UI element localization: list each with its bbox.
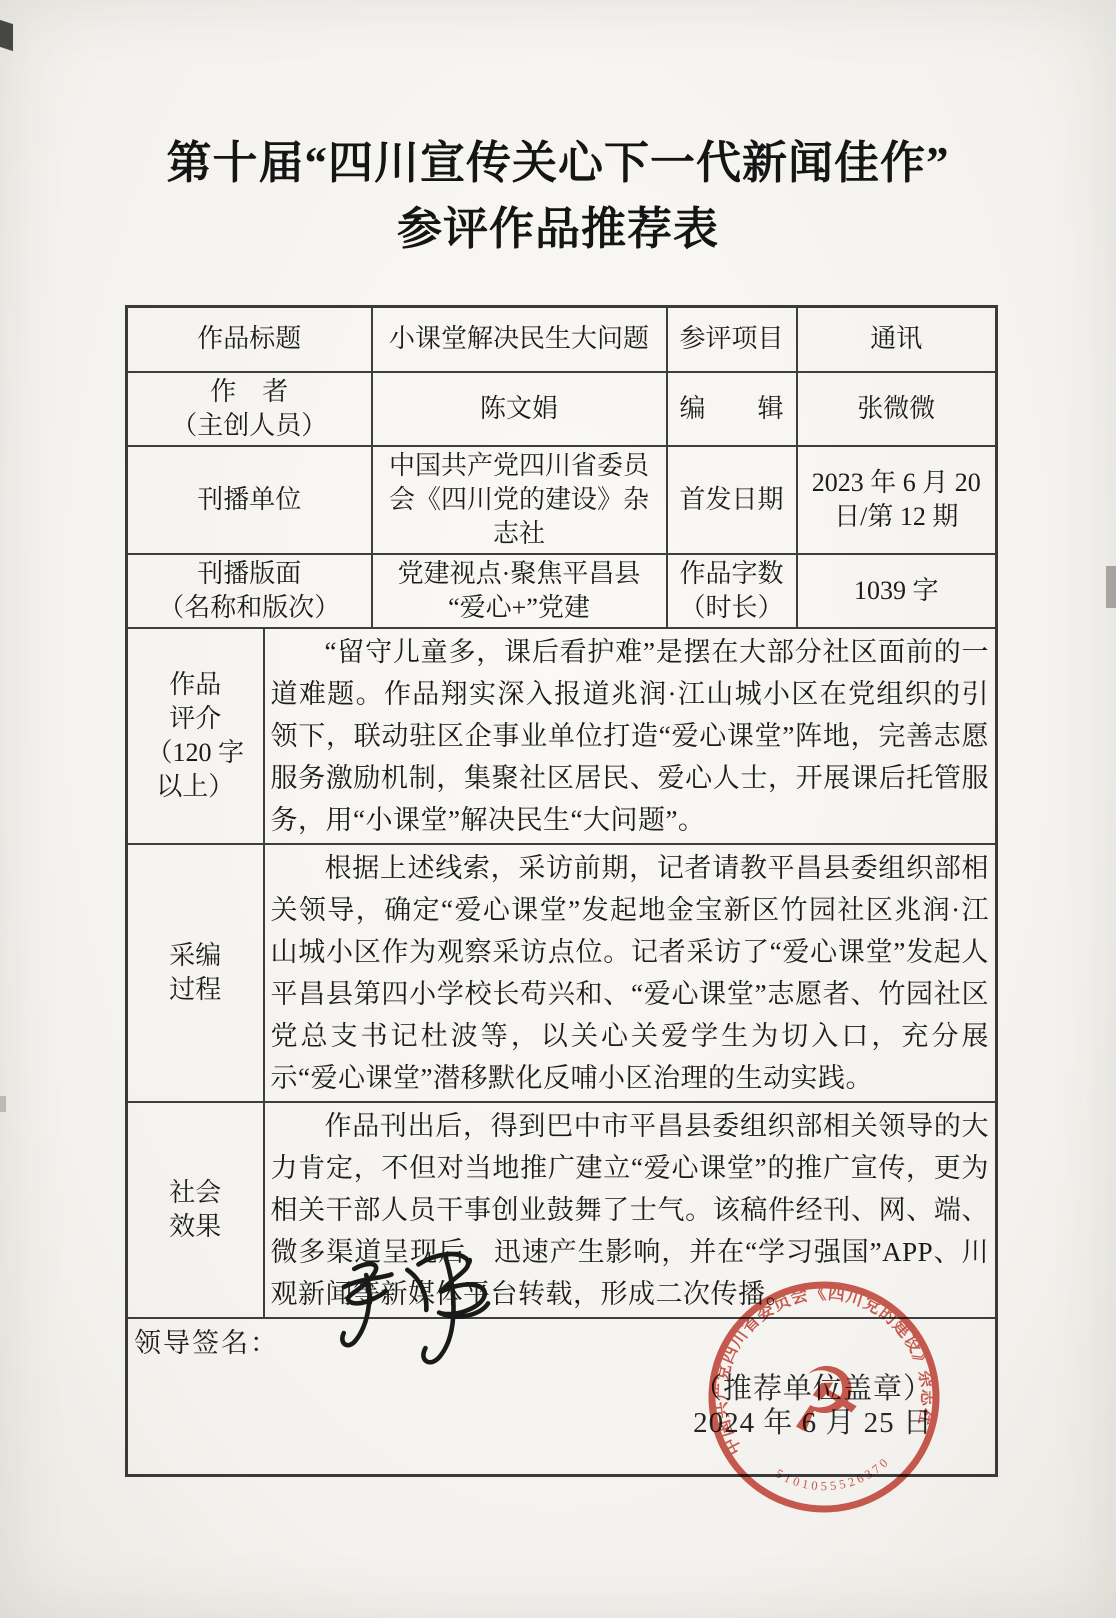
signature-stroke-li [337,1262,396,1345]
value-work-title: 小课堂解决民生大问题 [372,307,667,372]
label-page-layout: 刊播版面 （名称和版次） [127,554,372,628]
cell-editing-process: 根据上述线索，采访前期，记者请教平昌县委组织部相关领导，确定“爱心课堂”发起地金… [264,844,997,1102]
row-author: 作 者 （主创人员） 陈文娟 编 辑 张微微 [127,372,997,446]
label-first-publish-date: 首发日期 [667,446,797,554]
value-word-count: 1039 字 [797,554,997,628]
label-author: 作 者 （主创人员） [127,372,372,446]
handwritten-signature [309,1230,551,1431]
work-review-text: “留守儿童多，课后看护难”是摆在大部分社区面前的一道难题。作品翔实深入报道兆润·… [271,631,990,841]
cell-work-review: “留守儿童多，课后看护难”是摆在大部分社区面前的一道难题。作品翔实深入报道兆润·… [264,628,997,844]
value-publisher: 中国共产党四川省委员会《四川党的建设》杂志社 [372,446,667,554]
hammer-sickle-icon: ☭ [780,1346,869,1455]
label-publisher: 刊播单位 [127,446,372,554]
row-work-review: 作品 评介 （120 字 以上） “留守儿童多，课后看护难”是摆在大部分社区面前… [127,628,997,844]
label-word-count: 作品字数 （时长） [667,554,797,628]
value-entry-category: 通讯 [797,307,997,372]
signature-stroke-wei [406,1252,491,1364]
official-seal: 中国共产党四川省委员会《四川党的建设》杂志社 ☭ 5101055526370 [678,1251,970,1543]
label-editor: 编 辑 [667,372,797,446]
label-leader-signature: 领导签名： [134,1328,279,1358]
editing-process-text: 根据上述线索，采访前期，记者请教平昌县委组织部相关领导，确定“爱心课堂”发起地金… [271,847,990,1099]
form-title-line2: 参评作品推荐表 [0,192,1116,257]
row-work-title: 作品标题 小课堂解决民生大问题 参评项目 通讯 [127,307,997,372]
scan-artifact-left-edge [0,1096,6,1112]
value-author: 陈文娟 [372,372,667,446]
label-social-effect: 社会 效果 [127,1102,264,1318]
label-editing-process: 采编 过程 [127,844,264,1102]
scanned-form-page: 第十届“四川宣传关心下一代新闻佳作” 参评作品推荐表 作品标题 小课堂解决民生大… [0,0,1116,1618]
row-page-layout: 刊播版面 （名称和版次） 党建视点·聚焦平昌县 “爱心+”党建 作品字数 （时长… [127,554,997,628]
scan-artifact-right-edge [1106,566,1116,608]
label-work-title: 作品标题 [127,307,372,372]
value-page-layout: 党建视点·聚焦平昌县 “爱心+”党建 [372,554,667,628]
row-editing-process: 采编 过程 根据上述线索，采访前期，记者请教平昌县委组织部相关领导，确定“爱心课… [127,844,997,1102]
value-editor: 张微微 [797,372,997,446]
value-first-publish-date: 2023 年 6 月 20 日/第 12 期 [797,446,997,554]
form-title-line1: 第十届“四川宣传关心下一代新闻佳作” [0,126,1116,191]
label-work-review: 作品 评介 （120 字 以上） [127,628,264,844]
row-publisher: 刊播单位 中国共产党四川省委员会《四川党的建设》杂志社 首发日期 2023 年 … [127,446,997,554]
scan-artifact-top-left [0,20,13,51]
label-entry-category: 参评项目 [667,307,797,372]
